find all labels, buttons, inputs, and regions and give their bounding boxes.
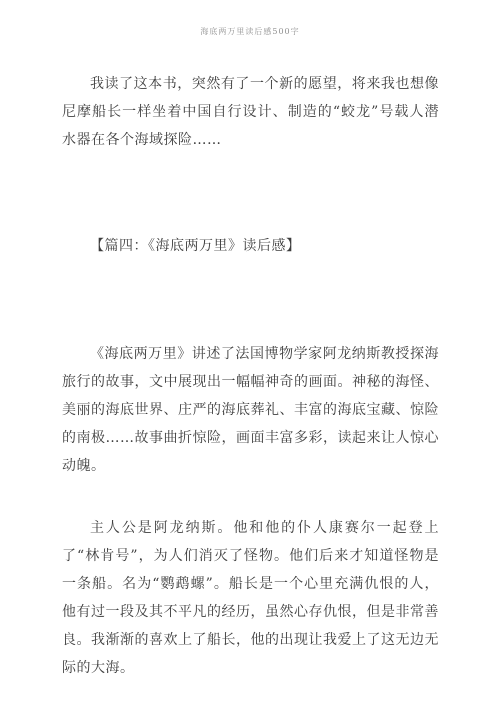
document-title-header: 海底两万里读后感500字 — [0, 26, 500, 37]
paragraph-hero: 主人公是阿龙纳斯。他和他的仆人康赛尔一起登上了“林肯号”，为人们消灭了怪物。他们… — [62, 514, 439, 682]
paragraph-section-title: 【篇四：《海底两万里》读后感】 — [62, 232, 439, 260]
paragraph-summary: 《海底两万里》讲述了法国博物学家阿龙纳斯教授探海旅行的故事，文中展现出一幅幅神奇… — [62, 340, 439, 480]
document-page: 海底两万里读后感500字 我读了这本书，突然有了一个新的愿望，将来我也想像尼摩船… — [0, 0, 500, 707]
paragraph-intro: 我读了这本书，突然有了一个新的愿望，将来我也想像尼摩船长一样坐着中国自行设计、制… — [62, 70, 439, 154]
